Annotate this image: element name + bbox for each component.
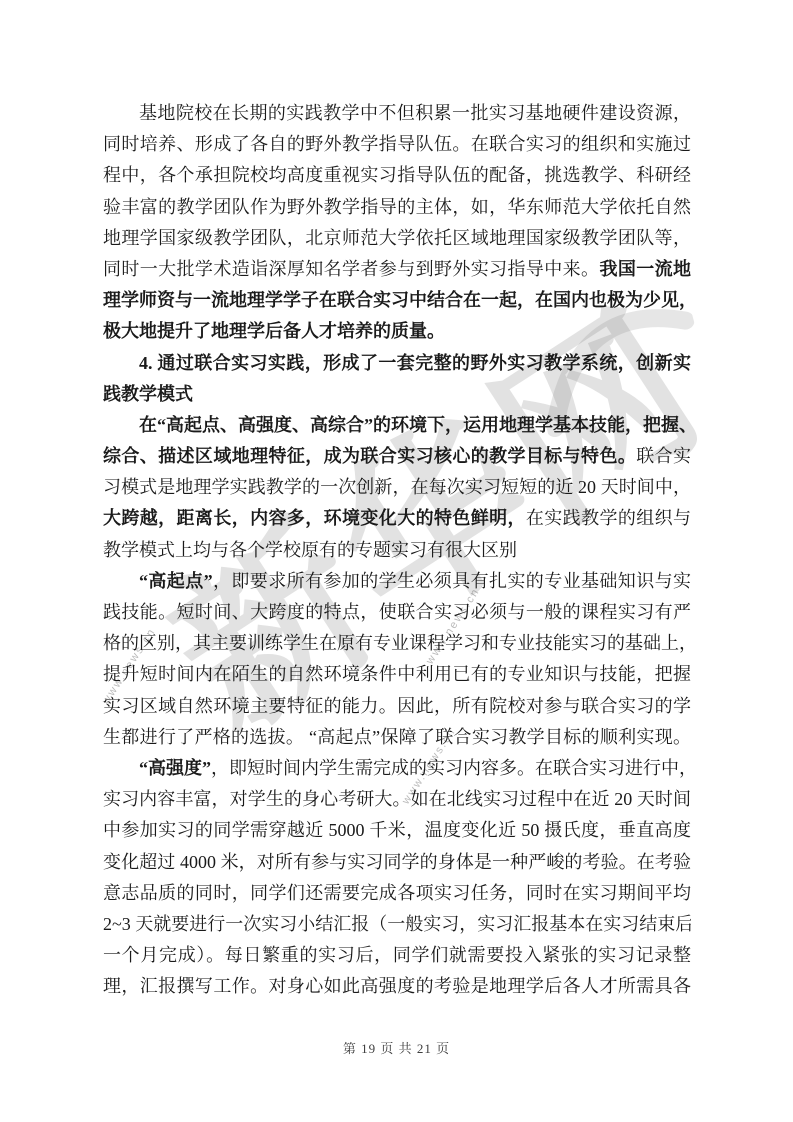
text-segment: 验丰富的教学团队作为野外教学指导的主体，如，华东师范大学依托自然 bbox=[103, 197, 691, 217]
text-line: 生都进行了严格的选拔。 “高起点”保障了联合实习教学目标的顺利实现。 bbox=[103, 722, 691, 753]
paragraph: 4. 通过联合实习实践，形成了一套完整的野外实习教学系统，创新实践教学模式 bbox=[103, 348, 691, 410]
text-line: 理，汇报撰写工作。对身心如此高强度的考验是地理学后各人才所需具各 bbox=[103, 971, 691, 1002]
footer-page-number: 第 19 页 共 21 页 bbox=[0, 1038, 793, 1057]
text-segment: 我国一流地 bbox=[599, 259, 691, 279]
text-line: 极大地提升了地理学后备人才培养的质量。 bbox=[103, 316, 691, 347]
text-segment: 实习区域自然环境主要特征的能力。因此，所有院校对参与联合实习的学 bbox=[103, 696, 691, 716]
text-line: 基地院校在长期的实践教学中不但积累一批实习基地硬件建设资源， bbox=[103, 98, 691, 129]
text-segment: 程中，各个承担院校均高度重视实习指导队伍的配备，挑选教学、科研经 bbox=[103, 165, 691, 185]
text-segment: 联合实 bbox=[636, 446, 691, 466]
text-segment: 同时培养、形成了各自的野外教学指导队伍。在联合实习的组织和实施过 bbox=[103, 134, 691, 154]
text-line: 同时培养、形成了各自的野外教学指导队伍。在联合实习的组织和实施过 bbox=[103, 129, 691, 160]
text-line: 意志品质的同时，同学们还需要完成各项实习任务，同时在实习期间平均 bbox=[103, 878, 691, 909]
text-segment: 同时一大批学术造诣深厚知名学者参与到野外实习指导中来。 bbox=[103, 259, 599, 279]
text-segment: 地理学国家级教学团队，北京师范大学依托区域地理国家级教学团队等， bbox=[103, 228, 691, 248]
text-segment: 中参加实习的同学需穿越近 5000 千米，温度变化近 50 摄氏度，垂直高度 bbox=[103, 820, 691, 840]
text-segment: 变化超过 4000 米，对所有参与实习同学的身体是一种严峻的考验。在考验 bbox=[103, 852, 691, 872]
text-line: 地理学国家级教学团队，北京师范大学依托区域地理国家级教学团队等， bbox=[103, 223, 691, 254]
text-line: 实习区域自然环境主要特征的能力。因此，所有院校对参与联合实习的学 bbox=[103, 691, 691, 722]
text-line: 践教学模式 bbox=[103, 379, 691, 410]
text-line: 格的区别，其主要训练学生在原有专业课程学习和专业技能实习的基础上， bbox=[103, 628, 691, 659]
text-segment: 践技能。短时间、大跨度的特点，使联合实习必须与一般的课程实习有严 bbox=[103, 602, 691, 622]
text-segment: ，即短时间内学生需完成的实习内容多。在联合实习进行中， bbox=[211, 758, 691, 778]
text-line: 习模式是地理学实践教学的一次创新，在每次实习短短的近 20 天时间中， bbox=[103, 472, 691, 503]
text-segment: 提升短时间内在陌生的自然环境条件中利用已有的专业知识与技能，把握 bbox=[103, 664, 691, 684]
text-line: 教学模式上均与各个学校原有的专题实习有很大区别 bbox=[103, 535, 691, 566]
text-line: 2~3 天就要进行一次实习小结汇报（一般实习，实习汇报基本在实习结束后 bbox=[103, 909, 691, 940]
text-line: 验丰富的教学团队作为野外教学指导的主体，如，华东师范大学依托自然 bbox=[103, 192, 691, 223]
text-segment: 格的区别，其主要训练学生在原有专业课程学习和专业技能实习的基础上， bbox=[103, 633, 691, 653]
paragraph: “高强度”，即短时间内学生需完成的实习内容多。在联合实习进行中，实习内容丰富，对… bbox=[103, 753, 691, 1003]
text-line: “高强度”，即短时间内学生需完成的实习内容多。在联合实习进行中， bbox=[103, 753, 691, 784]
paragraph: “高起点”，即要求所有参加的学生必须具有扎实的专业基础知识与实践技能。短时间、大… bbox=[103, 566, 691, 753]
text-segment: 意志品质的同时，同学们还需要完成各项实习任务，同时在实习期间平均 bbox=[103, 883, 691, 903]
text-segment: 践教学模式 bbox=[103, 384, 193, 404]
text-line: 同时一大批学术造诣深厚知名学者参与到野外实习指导中来。我国一流地 bbox=[103, 254, 691, 285]
text-line: “高起点”，即要求所有参加的学生必须具有扎实的专业基础知识与实 bbox=[103, 566, 691, 597]
paragraph: 在“高起点、高强度、高综合”的环境下，运用地理学基本技能，把握、综合、描述区域地… bbox=[103, 410, 691, 566]
text-segment: “高强度” bbox=[139, 758, 211, 778]
text-segment: 习模式是地理学实践教学的一次创新，在每次实习短短的近 20 天时间中， bbox=[103, 477, 691, 497]
text-line: 变化超过 4000 米，对所有参与实习同学的身体是一种严峻的考验。在考验 bbox=[103, 847, 691, 878]
text-segment: ，即要求所有参加的学生必须具有扎实的专业基础知识与实 bbox=[213, 571, 691, 591]
paragraph: 基地院校在长期的实践教学中不但积累一批实习基地硬件建设资源，同时培养、形成了各自… bbox=[103, 98, 691, 348]
text-segment: 教学模式上均与各个学校原有的专题实习有很大区别 bbox=[103, 540, 517, 560]
text-line: 实习内容丰富，对学生的身心考研大。如在北线实习过程中在近 20 天时间 bbox=[103, 784, 691, 815]
text-line: 践技能。短时间、大跨度的特点，使联合实习必须与一般的课程实习有严 bbox=[103, 597, 691, 628]
text-segment: 综合、描述区域地理特征，成为联合实习核心的教学目标与特色。 bbox=[103, 446, 636, 466]
text-line: 提升短时间内在陌生的自然环境条件中利用已有的专业知识与技能，把握 bbox=[103, 659, 691, 690]
text-segment: 4. 通过联合实习实践，形成了一套完整的野外实习教学系统，创新实 bbox=[139, 353, 691, 373]
text-segment: 生都进行了严格的选拔。 “高起点”保障了联合实习教学目标的顺利实现。 bbox=[103, 727, 691, 747]
text-segment: 基地院校在长期的实践教学中不但积累一批实习基地硬件建设资源， bbox=[139, 103, 691, 123]
text-line: 大跨越，距离长，内容多，环境变化大的特色鲜明，在实践教学的组织与 bbox=[103, 503, 691, 534]
text-segment: 在“高起点、高强度、高综合”的环境下，运用地理学基本技能，把握、 bbox=[139, 415, 691, 435]
text-line: 中参加实习的同学需穿越近 5000 千米，温度变化近 50 摄氏度，垂直高度 bbox=[103, 815, 691, 846]
text-line: 在“高起点、高强度、高综合”的环境下，运用地理学基本技能，把握、 bbox=[103, 410, 691, 441]
document-body: 基地院校在长期的实践教学中不但积累一批实习基地硬件建设资源，同时培养、形成了各自… bbox=[103, 98, 691, 1002]
text-segment: 理学师资与一流地理学学子在联合实习中结合在一起，在国内也极为少见， bbox=[103, 290, 691, 310]
text-segment: 实习内容丰富，对学生的身心考研大。如在北线实习过程中在近 20 天时间 bbox=[103, 789, 691, 809]
text-line: 综合、描述区域地理特征，成为联合实习核心的教学目标与特色。联合实 bbox=[103, 441, 691, 472]
text-segment: 极大地提升了地理学后备人才培养的质量。 bbox=[103, 321, 445, 341]
text-line: 程中，各个承担院校均高度重视实习指导队伍的配备，挑选教学、科研经 bbox=[103, 160, 691, 191]
text-segment: 在实践教学的组织与 bbox=[526, 508, 691, 528]
text-line: 理学师资与一流地理学学子在联合实习中结合在一起，在国内也极为少见， bbox=[103, 285, 691, 316]
text-line: 一个月完成）。每日繁重的实习后，同学们就需要投入紧张的实习记录整 bbox=[103, 940, 691, 971]
text-segment: 2~3 天就要进行一次实习小结汇报（一般实习，实习汇报基本在实习结束后 bbox=[103, 914, 691, 934]
document-page: 新华网 www.news.cn www.news.cn www.news.cn … bbox=[0, 0, 793, 1122]
text-segment: 大跨越，距离长，内容多，环境变化大的特色鲜明， bbox=[103, 508, 526, 528]
text-segment: 一个月完成）。每日繁重的实习后，同学们就需要投入紧张的实习记录整 bbox=[103, 945, 691, 965]
text-line: 4. 通过联合实习实践，形成了一套完整的野外实习教学系统，创新实 bbox=[103, 348, 691, 379]
text-segment: “高起点” bbox=[139, 571, 213, 591]
text-segment: 理，汇报撰写工作。对身心如此高强度的考验是地理学后各人才所需具各 bbox=[103, 976, 691, 996]
